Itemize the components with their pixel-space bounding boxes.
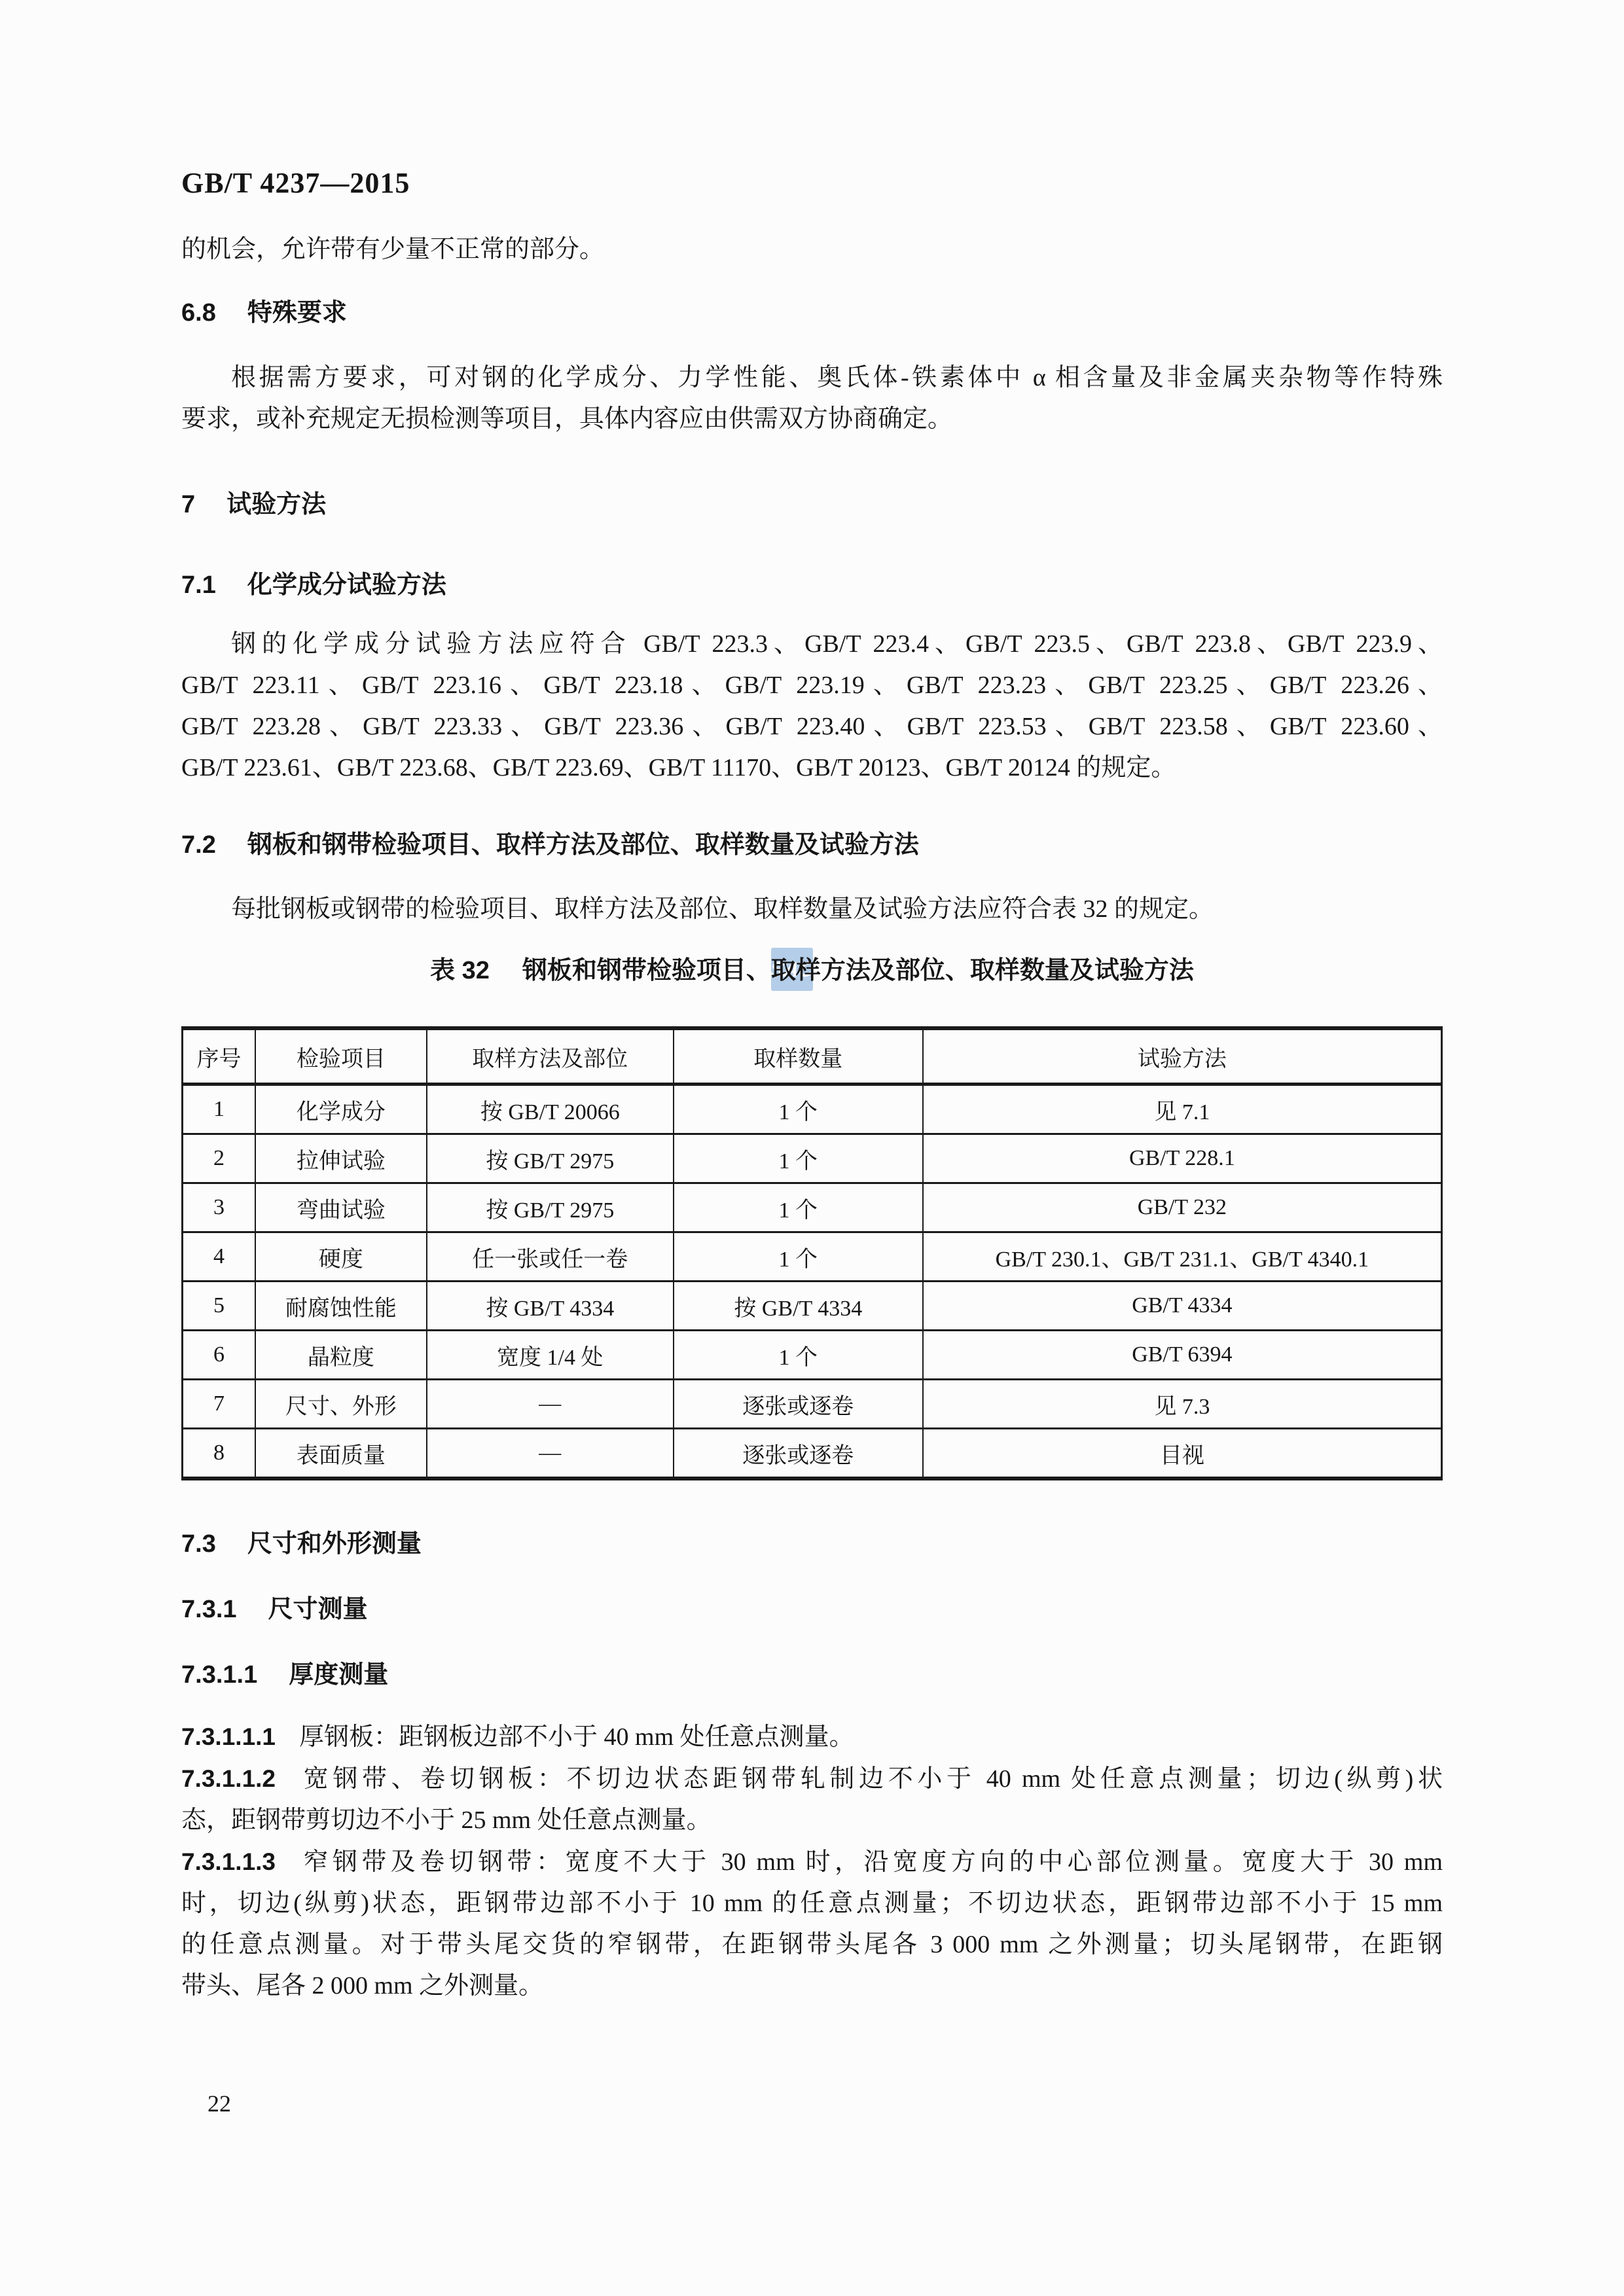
heading-6-8: 6.8特殊要求 (181, 293, 1443, 334)
table-32-caption-label: 表 32 (430, 950, 490, 992)
heading-7-3-title: 尺寸和外形测量 (247, 1530, 422, 1558)
table-row: 8 表面质量 — 逐张或逐卷 目视 (183, 1429, 1442, 1479)
cell-sampling-method: 按 GB/T 2975 (427, 1134, 674, 1183)
paragraph-7-3-1-1-2-text: 宽钢带、卷切钢板：不切边状态距钢带轧制边不小于 40 mm 处任意点测量；切边(… (299, 1765, 1443, 1793)
cell-sampling-method: 按 GB/T 2975 (427, 1183, 674, 1232)
cell-test-method: GB/T 232 (923, 1183, 1442, 1232)
heading-7-3-1-1-number: 7.3.1.1 (181, 1655, 257, 1696)
paragraph-7-1-line-3: GB/T 223.28、GB/T 223.33、GB/T 223.36、GB/T… (181, 706, 1443, 747)
paragraph-7-3-1-1-3-line-2: 时，切边(纵剪)状态，距钢带边部不小于 10 mm 的任意点测量；不切边状态，距… (181, 1883, 1443, 1924)
cell-item: 晶粒度 (255, 1331, 427, 1380)
heading-7-title: 试验方法 (226, 491, 326, 518)
cell-test-method: GB/T 228.1 (923, 1134, 1442, 1183)
heading-7-3-number: 7.3 (181, 1524, 216, 1565)
cell-sampling-method: 按 GB/T 20066 (427, 1085, 674, 1134)
col-header-sample-count: 取样数量 (674, 1028, 923, 1085)
cell-index: 2 (183, 1134, 256, 1183)
heading-7-3-1-1-title: 厚度测量 (289, 1661, 388, 1689)
heading-7-1-number: 7.1 (181, 565, 216, 606)
paragraph-7-3-1-1-1-text: 厚钢板：距钢板边部不小于 40 mm 处任意点测量。 (299, 1723, 854, 1751)
paragraph-6-8-line-2: 要求，或补充规定无损检测等项目，具体内容应由供需双方协商确定。 (181, 399, 1443, 440)
cell-index: 5 (183, 1282, 256, 1331)
page-content: GB/T 4237—2015 的机会，允许带有少量不正常的部分。 6.8特殊要求… (181, 0, 1443, 2125)
table-32-caption: 表 32钢板和钢带检验项目、取样方法及部位、取样数量及试验方法 (181, 950, 1443, 992)
heading-7-number: 7 (181, 484, 195, 526)
cell-test-method: 见 7.1 (923, 1085, 1442, 1134)
cell-item: 表面质量 (255, 1429, 427, 1479)
cell-test-method: GB/T 4334 (923, 1282, 1442, 1331)
cell-sampling-method: — (427, 1429, 674, 1479)
cell-sample-count: 1 个 (674, 1085, 923, 1134)
cell-sampling-method: 宽度 1/4 处 (427, 1331, 674, 1380)
cell-test-method: GB/T 230.1、GB/T 231.1、GB/T 4340.1 (923, 1232, 1442, 1282)
heading-7-2: 7.2钢板和钢带检验项目、取样方法及部位、取样数量及试验方法 (181, 825, 1443, 866)
paragraph-7-3-1-1-2-line-2: 态，距钢带剪切边不小于 25 mm 处任意点测量。 (181, 1800, 1443, 1841)
heading-7-1: 7.1化学成分试验方法 (181, 565, 1443, 606)
paragraph-7-3-1-1-2-number: 7.3.1.1.2 (181, 1758, 276, 1799)
paragraph-7-3-1-1-3-line-4: 带头、尾各 2 000 mm 之外测量。 (181, 1965, 1443, 2007)
paragraph-7-3-1-1-3-line-3: 的任意点测量。对于带头尾交货的窄钢带，在距钢带头尾各 3 000 mm 之外测量… (181, 1924, 1443, 1965)
heading-7: 7试验方法 (181, 484, 1443, 526)
table-row: 4 硬度 任一张或任一卷 1 个 GB/T 230.1、GB/T 231.1、G… (183, 1232, 1442, 1282)
cell-sample-count: 1 个 (674, 1134, 923, 1183)
table-row: 6 晶粒度 宽度 1/4 处 1 个 GB/T 6394 (183, 1331, 1442, 1380)
paragraph-7-3-1-1-3-number: 7.3.1.1.3 (181, 1841, 276, 1882)
document-page: { "page": { "standard_code": "GB/T 4237—… (0, 0, 1624, 2296)
cell-index: 7 (183, 1380, 256, 1429)
paragraph-7-1-line-1: 钢的化学成分试验方法应符合 GB/T 223.3、GB/T 223.4、GB/T… (181, 624, 1443, 665)
cell-index: 1 (183, 1085, 256, 1134)
cell-sample-count: 1 个 (674, 1183, 923, 1232)
carryover-paragraph-line: 的机会，允许带有少量不正常的部分。 (181, 229, 1443, 270)
heading-6-8-title: 特殊要求 (247, 299, 347, 327)
paragraph-7-1-line-2: GB/T 223.11、GB/T 223.16、GB/T 223.18、GB/T… (181, 665, 1443, 706)
cell-sampling-method: — (427, 1380, 674, 1429)
paragraph-7-2: 每批钢板或钢带的检验项目、取样方法及部位、取样数量及试验方法应符合表 32 的规… (181, 889, 1443, 930)
cell-index: 8 (183, 1429, 256, 1479)
cell-index: 4 (183, 1232, 256, 1282)
col-header-item: 检验项目 (255, 1028, 427, 1085)
table-32-caption-title: 钢板和钢带检验项目、取样方法及部位、取样数量及试验方法 (522, 957, 1194, 984)
cell-item: 尺寸、外形 (255, 1380, 427, 1429)
heading-7-2-number: 7.2 (181, 825, 216, 866)
heading-6-8-number: 6.8 (181, 293, 216, 334)
paragraph-7-3-1-1-3-text: 窄钢带及卷切钢带：宽度不大于 30 mm 时，沿宽度方向的中心部位测量。宽度大于… (299, 1848, 1443, 1876)
heading-7-1-title: 化学成分试验方法 (247, 571, 446, 599)
heading-7-2-title: 钢板和钢带检验项目、取样方法及部位、取样数量及试验方法 (247, 831, 919, 859)
paragraph-7-3-1-1-3-line-1: 7.3.1.1.3窄钢带及卷切钢带：宽度不大于 30 mm 时，沿宽度方向的中心… (181, 1841, 1443, 1883)
cell-sampling-method: 按 GB/T 4334 (427, 1282, 674, 1331)
col-header-test-method: 试验方法 (923, 1028, 1442, 1085)
cell-item: 耐腐蚀性能 (255, 1282, 427, 1331)
table-row: 5 耐腐蚀性能 按 GB/T 4334 按 GB/T 4334 GB/T 433… (183, 1282, 1442, 1331)
heading-7-3: 7.3尺寸和外形测量 (181, 1524, 1443, 1565)
page-number: 22 (181, 2083, 1443, 2125)
table-row: 3 弯曲试验 按 GB/T 2975 1 个 GB/T 232 (183, 1183, 1442, 1232)
table-row: 7 尺寸、外形 — 逐张或逐卷 见 7.3 (183, 1380, 1442, 1429)
cell-item: 化学成分 (255, 1085, 427, 1134)
paragraph-7-3-1-1-1-number: 7.3.1.1.1 (181, 1716, 276, 1757)
paragraph-7-3-1-1-2-line-1: 7.3.1.1.2宽钢带、卷切钢板：不切边状态距钢带轧制边不小于 40 mm 处… (181, 1758, 1443, 1800)
cell-index: 3 (183, 1183, 256, 1232)
cell-item: 弯曲试验 (255, 1183, 427, 1232)
table-row: 2 拉伸试验 按 GB/T 2975 1 个 GB/T 228.1 (183, 1134, 1442, 1183)
cell-index: 6 (183, 1331, 256, 1380)
cell-sample-count: 1 个 (674, 1232, 923, 1282)
col-header-index: 序号 (183, 1028, 256, 1085)
heading-7-3-1-1: 7.3.1.1厚度测量 (181, 1655, 1443, 1696)
cell-item: 硬度 (255, 1232, 427, 1282)
table-32: 序号 检验项目 取样方法及部位 取样数量 试验方法 1 化学成分 按 GB/T … (181, 1026, 1443, 1480)
cell-test-method: 见 7.3 (923, 1380, 1442, 1429)
paragraph-7-1-line-4: GB/T 223.61、GB/T 223.68、GB/T 223.69、GB/T… (181, 747, 1443, 789)
cell-sample-count: 逐张或逐卷 (674, 1380, 923, 1429)
heading-7-3-1: 7.3.1尺寸测量 (181, 1589, 1443, 1630)
standard-code-header: GB/T 4237—2015 (181, 164, 1443, 203)
cell-sampling-method: 任一张或任一卷 (427, 1232, 674, 1282)
col-header-sampling-method: 取样方法及部位 (427, 1028, 674, 1085)
cell-test-method: 目视 (923, 1429, 1442, 1479)
paragraph-6-8-line-1: 根据需方要求，可对钢的化学成分、力学性能、奥氏体-铁素体中 α 相含量及非金属夹… (181, 357, 1443, 399)
table-header-row: 序号 检验项目 取样方法及部位 取样数量 试验方法 (183, 1028, 1442, 1085)
heading-7-3-1-number: 7.3.1 (181, 1589, 237, 1630)
paragraph-7-3-1-1-1: 7.3.1.1.1厚钢板：距钢板边部不小于 40 mm 处任意点测量。 (181, 1716, 1443, 1758)
cell-item: 拉伸试验 (255, 1134, 427, 1183)
cell-sample-count: 1 个 (674, 1331, 923, 1380)
cell-sample-count: 逐张或逐卷 (674, 1429, 923, 1479)
cell-sample-count: 按 GB/T 4334 (674, 1282, 923, 1331)
heading-7-3-1-title: 尺寸测量 (268, 1596, 368, 1623)
cell-test-method: GB/T 6394 (923, 1331, 1442, 1380)
table-row: 1 化学成分 按 GB/T 20066 1 个 见 7.1 (183, 1085, 1442, 1134)
